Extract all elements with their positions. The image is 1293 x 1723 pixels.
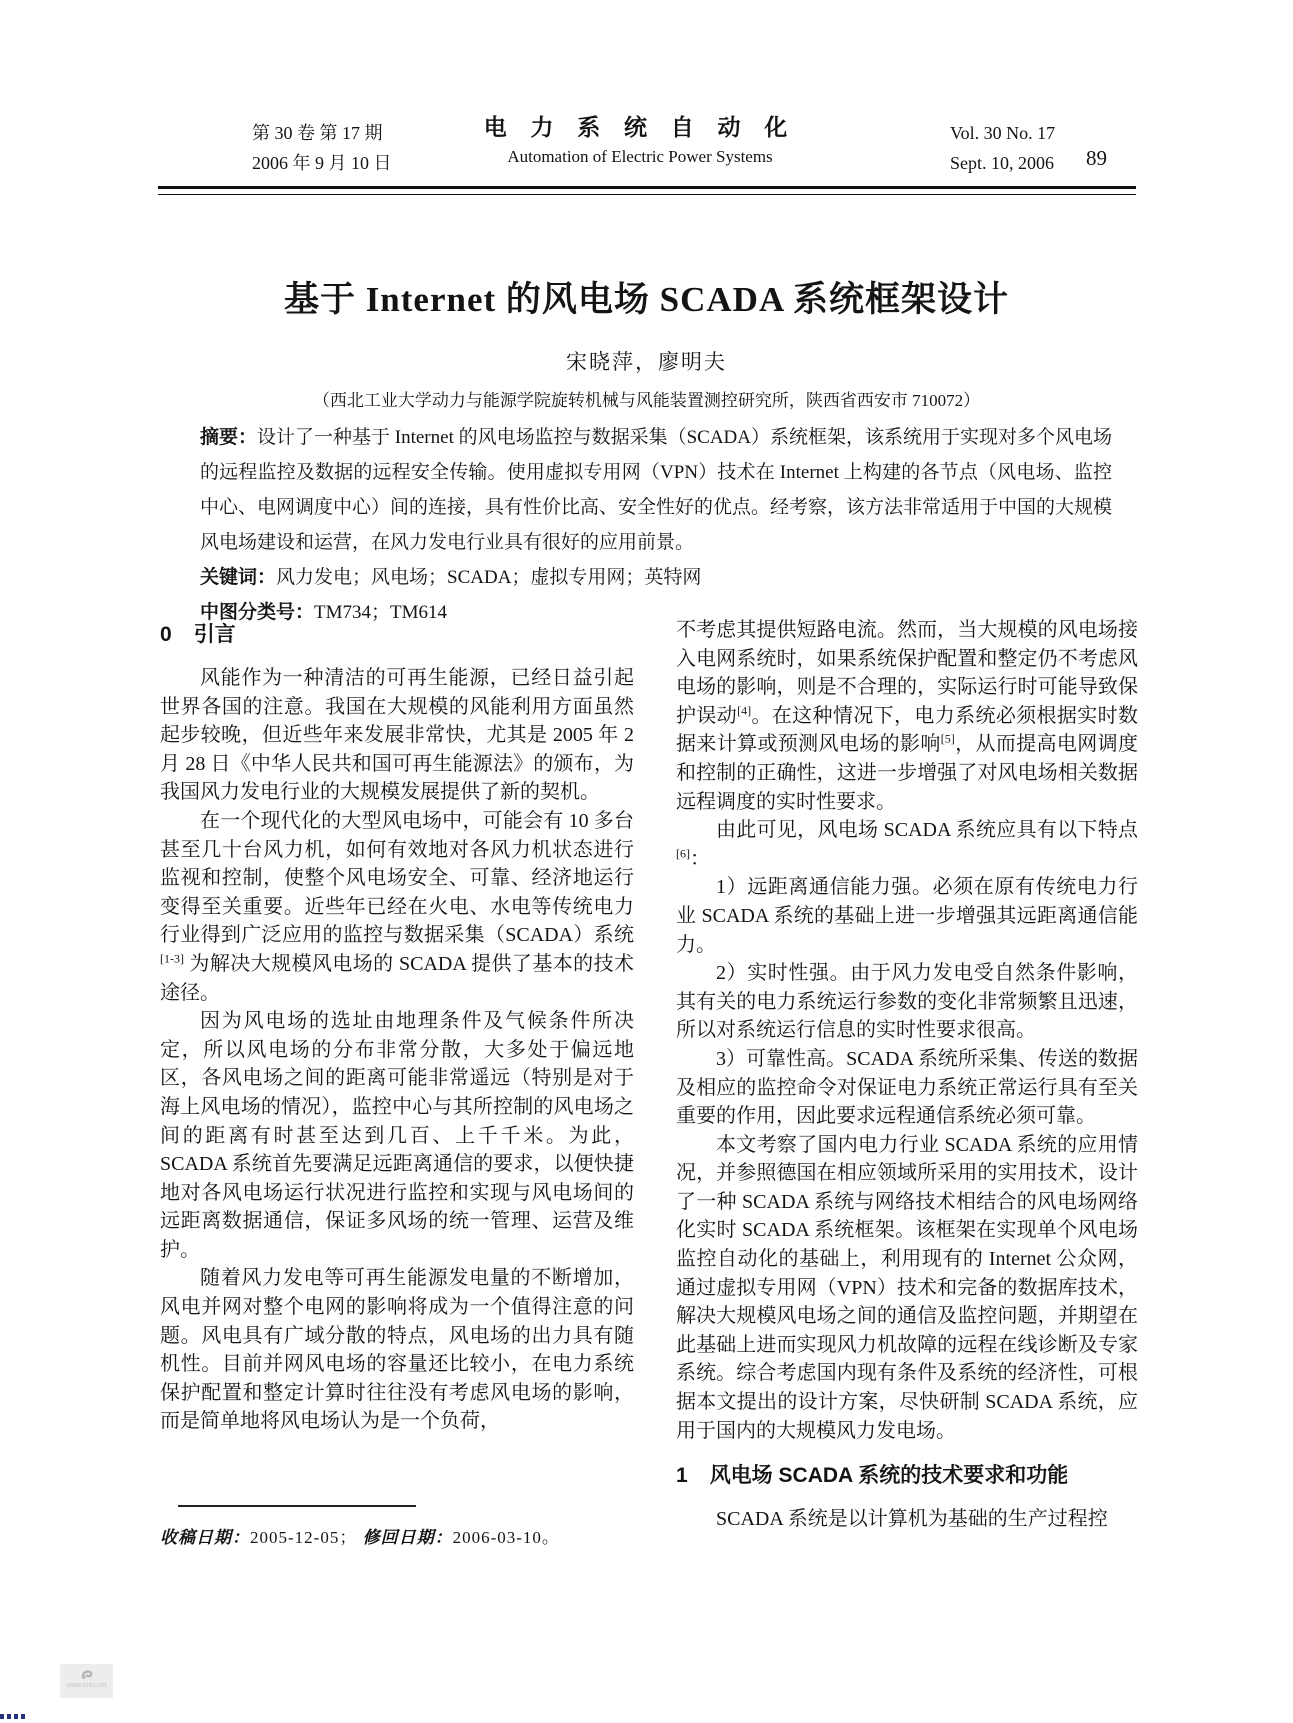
paper-title: 基于 Internet 的风电场 SCADA 系统框架设计 [0,272,1293,322]
abstract: 摘要：设计了一种基于 Internet 的风电场监控与数据采集（SCADA）系统… [200,420,1112,560]
date-cn: 2006 年 9 月 10 日 [252,148,392,178]
received-date-label: 收稿日期： [160,1528,250,1547]
abstract-text: 设计了一种基于 Internet 的风电场监控与数据采集（SCADA）系统框架，… [200,427,1112,553]
body-paragraph: 风能作为一种清洁的可再生能源，已经日益引起世界各国的注意。我国在大规模的风能利用… [160,664,634,807]
citation-reference: [5] [941,732,955,746]
citation-reference: [1-3] [160,951,184,965]
page-number: 89 [1086,146,1107,171]
body-paragraph: 本文考察了国内电力行业 SCADA 系统的应用情况，并参照德国在相应领域所采用的… [676,1131,1138,1446]
footnote-divider [178,1505,416,1507]
header-divider [158,186,1136,195]
body-paragraph: 3）可靠性高。SCADA 系统所采集、传送的数据及相应的监控命令对保证电力系统正… [676,1045,1138,1131]
section-heading-0: 0引言 [160,620,634,650]
body-paragraph: 由此可见，风电场 SCADA 系统应具有以下特点[6]： [676,816,1138,873]
revised-date-label: 修回日期： [363,1528,453,1547]
header-issue-info: 第 30 卷 第 17 期 2006 年 9 月 10 日 [252,118,392,178]
abstract-label: 摘要： [200,427,257,448]
section-heading-1: 1风电场 SCADA 系统的技术要求和功能 [676,1461,1138,1491]
left-column: 0引言 风能作为一种清洁的可再生能源，已经日益引起世界各国的注意。我国在大规模的… [160,620,634,1436]
journal-name-en: Automation of Electric Power Systems [420,144,860,170]
body-paragraph: 在一个现代化的大型风电场中，可能会有 10 多台甚至几十台风力机，如何有效地对各… [160,807,634,1007]
section-number: 0 [160,623,172,646]
revised-date-value: 2006-03-10。 [453,1528,560,1547]
journal-name-cn: 电 力 系 统 自 动 化 [420,112,860,144]
body-paragraph: SCADA 系统是以计算机为基础的生产过程控 [676,1505,1138,1534]
section-number: 1 [676,1464,688,1487]
footnote: 收稿日期：2005-12-05； 修回日期：2006-03-10。 [160,1505,634,1548]
right-column-paragraphs: 不考虑其提供短路电流。然而，当大规模的风电场接入电网系统时，如果系统保护配置和整… [676,616,1138,1445]
section-title: 风电场 SCADA 系统的技术要求和功能 [710,1464,1069,1487]
volume-issue-cn: 第 30 卷 第 17 期 [252,118,392,148]
body-paragraph: 1）远距离通信能力强。必须在原有传统电力行业 SCADA 系统的基础上进一步增强… [676,873,1138,959]
header-issue-info-en: Vol. 30 No. 17 Sept. 10, 2006 [950,118,1055,178]
citation-reference: [6] [676,846,690,860]
journal-page: 第 30 卷 第 17 期 2006 年 9 月 10 日 电 力 系 统 自 … [0,0,1293,1723]
keywords-text: 风力发电；风电场；SCADA；虚拟专用网；英特网 [276,567,701,588]
affiliation: （西北工业大学动力与能源学院旋转机械与风能装置测控研究所，陕西省西安市 7100… [0,386,1293,411]
citation-reference: [4] [737,703,751,717]
volume-issue-en: Vol. 30 No. 17 [950,118,1055,148]
body-paragraph: 因为风电场的选址由地理条件及气候条件所决定，所以风电场的分布非常分散，大多处于偏… [160,1007,634,1264]
cnki-logo-icon [79,1666,95,1682]
header-journal-name: 电 力 系 统 自 动 化 Automation of Electric Pow… [420,112,860,170]
body-paragraph: 不考虑其提供短路电流。然而，当大规模的风电场接入电网系统时，如果系统保护配置和整… [676,616,1138,816]
authors: 宋晓萍，廖明夫 [0,346,1293,376]
body-paragraph: 2）实时性强。由于风力发电受自然条件影响，其有关的电力系统运行参数的变化非常频繁… [676,959,1138,1045]
section-title: 引言 [194,623,236,646]
cnki-watermark: www.cnki.net [60,1664,113,1698]
footnote-dates: 收稿日期：2005-12-05； 修回日期：2006-03-10。 [160,1523,634,1548]
watermark-url: www.cnki.net [60,1682,113,1690]
scan-artifact-mark [0,1714,26,1719]
right-column-paragraphs-2: SCADA 系统是以计算机为基础的生产过程控 [676,1505,1138,1534]
date-en: Sept. 10, 2006 [950,148,1055,178]
left-column-paragraphs: 风能作为一种清洁的可再生能源，已经日益引起世界各国的注意。我国在大规模的风能利用… [160,664,634,1436]
keywords-label: 关键词： [200,567,276,588]
body-paragraph: 随着风力发电等可再生能源发电量的不断增加，风电并网对整个电网的影响将成为一个值得… [160,1264,634,1436]
right-column: 不考虑其提供短路电流。然而，当大规模的风电场接入电网系统时，如果系统保护配置和整… [676,616,1138,1534]
abstract-block: 摘要：设计了一种基于 Internet 的风电场监控与数据采集（SCADA）系统… [200,420,1112,630]
received-date-value: 2005-12-05； [250,1528,357,1547]
keywords: 关键词：风力发电；风电场；SCADA；虚拟专用网；英特网 [200,560,1112,595]
